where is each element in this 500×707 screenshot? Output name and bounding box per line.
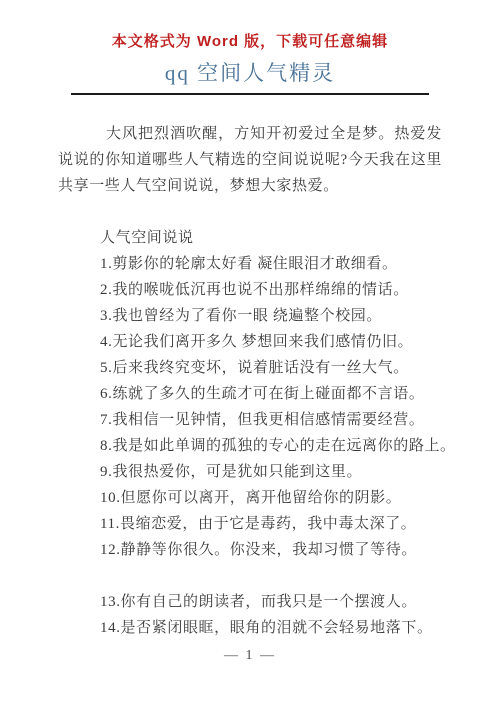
word-document-page: 本文格式为 Word 版，下载可任意编辑 qq 空间人气精灵 大风把烈酒吹醒，方… [0,0,500,707]
statement-item: 10.但愿你可以离开，离开他留给你的阴影。 [58,485,442,511]
statement-item: 5.后来我终究变坏，说着脏话没有一丝大气。 [58,355,442,381]
statement-item: 6.练就了多久的生疏才可在街上碰面都不言语。 [58,381,442,407]
statement-item: 4.无论我们离开多久 梦想回来我们感情仍旧。 [58,329,442,355]
document-body: 大风把烈酒吹醒，方知开初爱过全是梦。热爱发说说的你知道哪些人气精选的空间说说呢?… [58,121,442,641]
statement-item: 11.畏缩恋爱，由于它是毒药，我中毒太深了。 [58,511,442,537]
title-underline-rule [71,93,429,95]
statement-item: 14.是否紧闭眼眶，眼角的泪就不会轻易地落下。 [58,615,442,641]
format-notice-banner: 本文格式为 Word 版，下载可任意编辑 [0,0,500,51]
statement-item: 3.我也曾经为了看你一眼 绕遍整个校园。 [58,303,442,329]
statement-item: 7.我相信一见钟情，但我更相信感情需要经营。 [58,407,442,433]
statement-item: 12.静静等你很久。你没来，我却习惯了等待。 [58,537,442,563]
statement-item: 9.我很热爱你，可是犹如只能到这里。 [58,459,442,485]
document-title: qq 空间人气精灵 [0,59,500,87]
statement-item: 13.你有自己的朗读者，而我只是一个摆渡人。 [58,589,442,615]
statement-item: 8.我是如此单调的孤独的专心的走在远离你的路上。 [58,433,442,459]
statement-item: 1.剪影你的轮廓太好看 凝住眼泪才敢细看。 [58,251,442,277]
section-heading: 人气空间说说 [58,225,442,251]
page-number: — 1 — [0,648,500,664]
statement-item: 2.我的喉咙低沉再也说不出那样绵绵的情话。 [58,277,442,303]
intro-paragraph: 大风把烈酒吹醒，方知开初爱过全是梦。热爱发说说的你知道哪些人气精选的空间说说呢?… [58,121,442,199]
